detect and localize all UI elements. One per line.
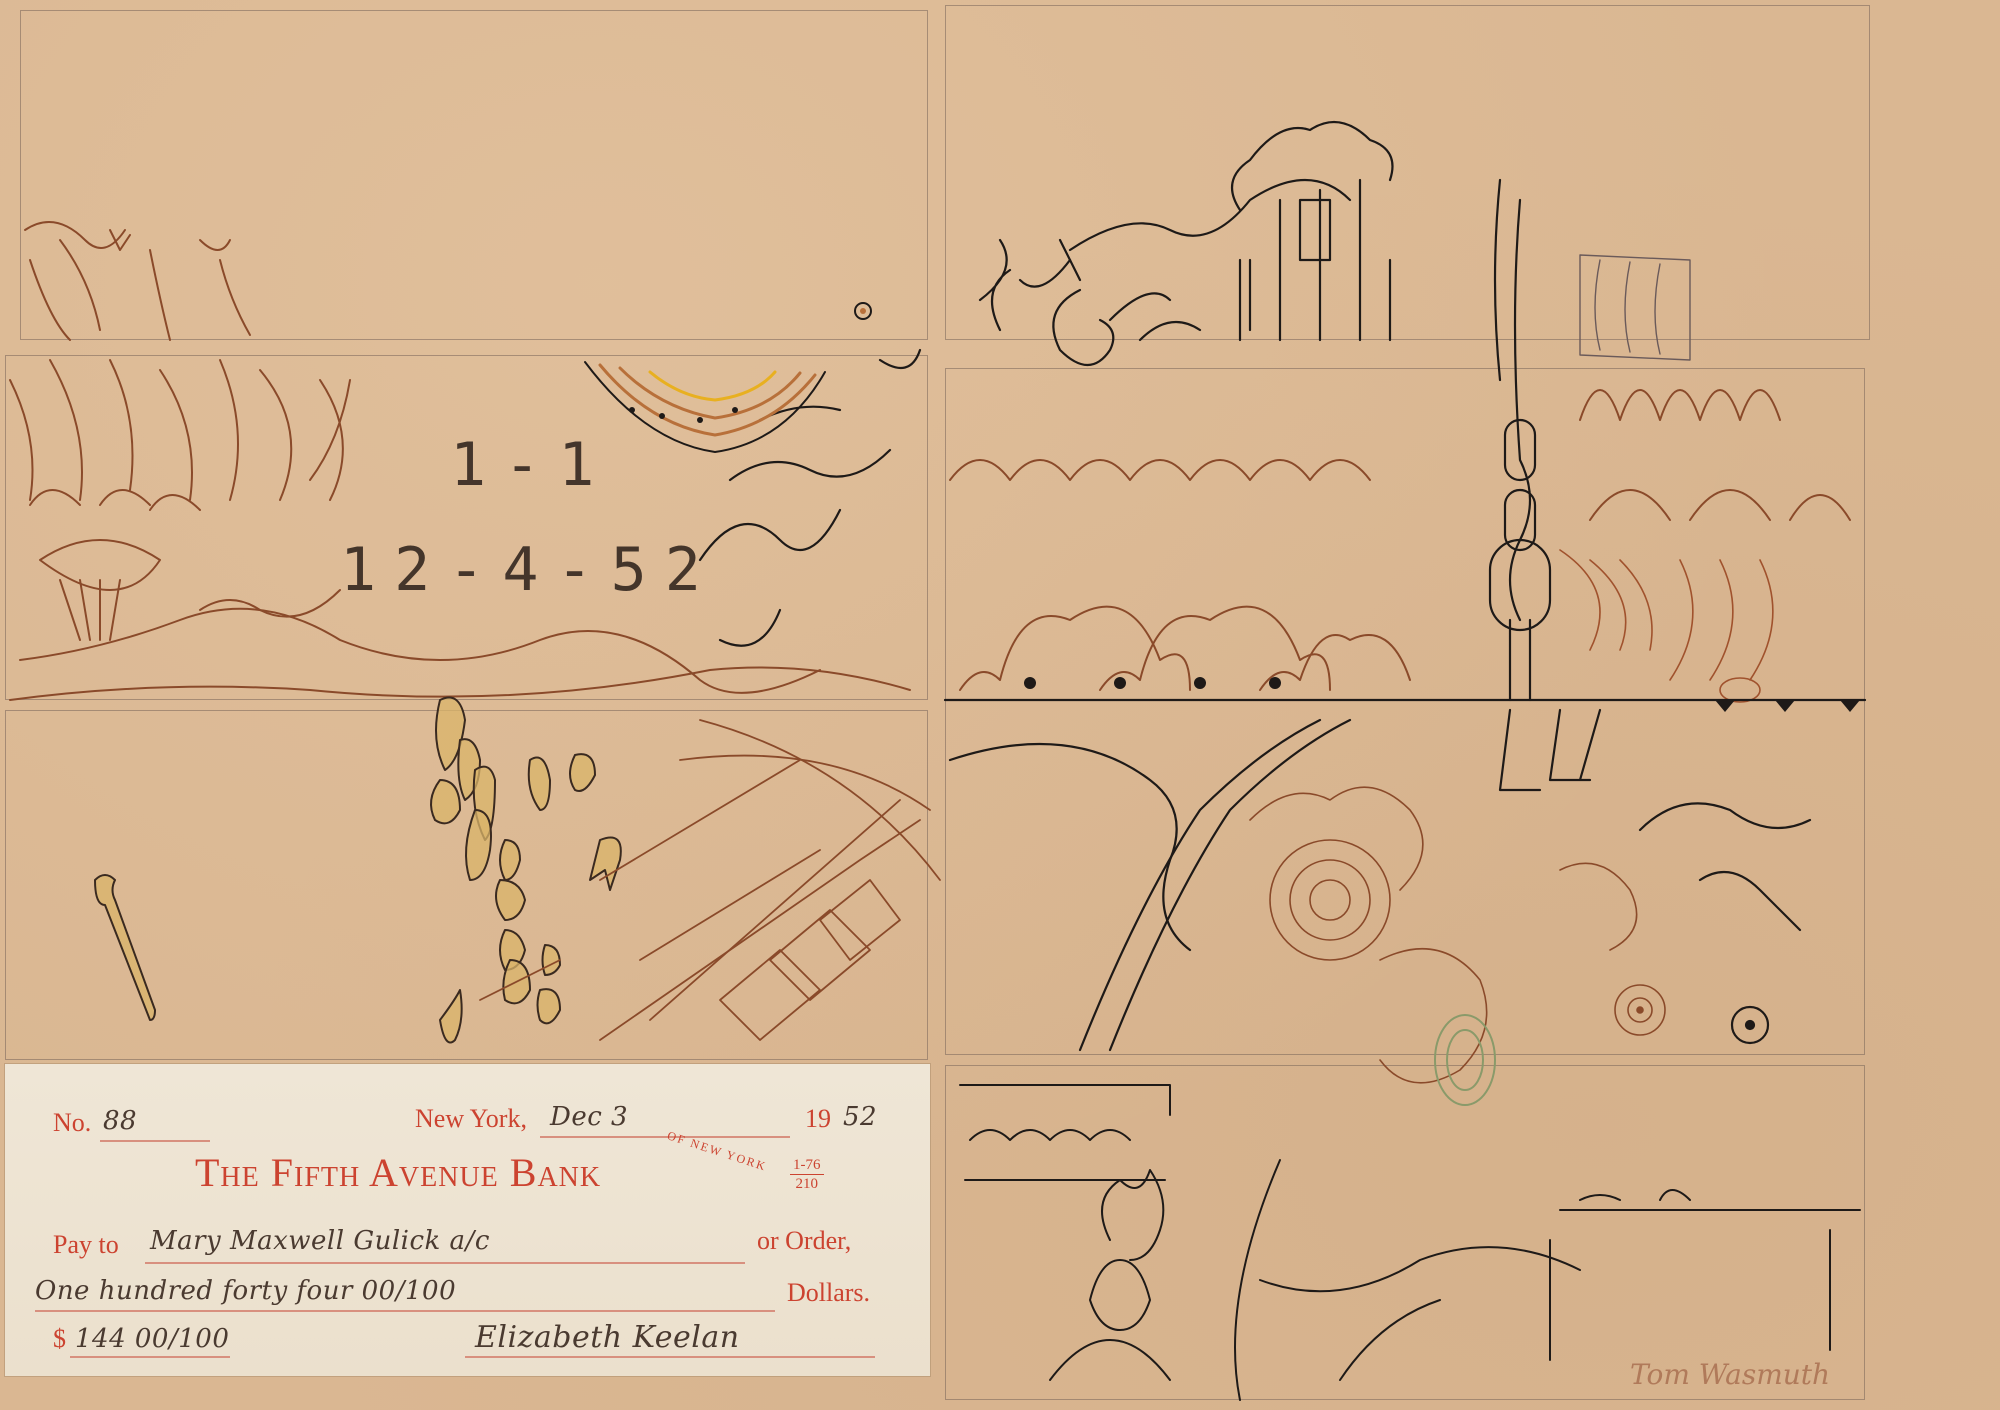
perforated-number-bottom: 12-4-52 <box>340 535 719 605</box>
check-number-value: 88 <box>103 1106 137 1136</box>
pay-to-label: Pay to <box>53 1230 119 1260</box>
dollars-label: Dollars. <box>787 1278 870 1308</box>
amount-numeric-line <box>70 1356 230 1358</box>
payee-value: Mary Maxwell Gulick a/c <box>150 1226 490 1256</box>
routing-number: 1-76 210 <box>790 1156 824 1193</box>
check-number-label: No. <box>53 1108 91 1138</box>
check-number-line <box>100 1140 210 1142</box>
routing-top: 1-76 <box>790 1156 824 1175</box>
signer-signature: Elizabeth Keelan <box>475 1320 740 1355</box>
check-year-prefix: 19 <box>805 1104 831 1134</box>
check-date-value: Dec 3 <box>550 1102 628 1132</box>
check-year-value: 52 <box>843 1102 877 1132</box>
amount-symbol: $ <box>53 1324 66 1354</box>
check-date-line <box>540 1136 790 1138</box>
routing-bottom: 210 <box>790 1175 824 1193</box>
amount-words-line <box>35 1310 775 1312</box>
bank-check: No. 88 New York, Dec 3 19 52 The Fifth A… <box>5 1064 930 1376</box>
amount-numeric-value: 144 00/100 <box>75 1324 229 1354</box>
artist-signature: Tom Wasmuth <box>1630 1358 1830 1391</box>
or-order-label: or Order, <box>757 1226 851 1256</box>
payee-line <box>145 1262 745 1264</box>
amount-words-value: One hundred forty four 00/100 <box>35 1276 456 1306</box>
bank-name: The Fifth Avenue Bank <box>195 1149 601 1196</box>
signature-line <box>465 1356 875 1358</box>
check-place-label: New York, <box>415 1104 527 1134</box>
perforated-number-top: 1-1 <box>450 430 612 500</box>
